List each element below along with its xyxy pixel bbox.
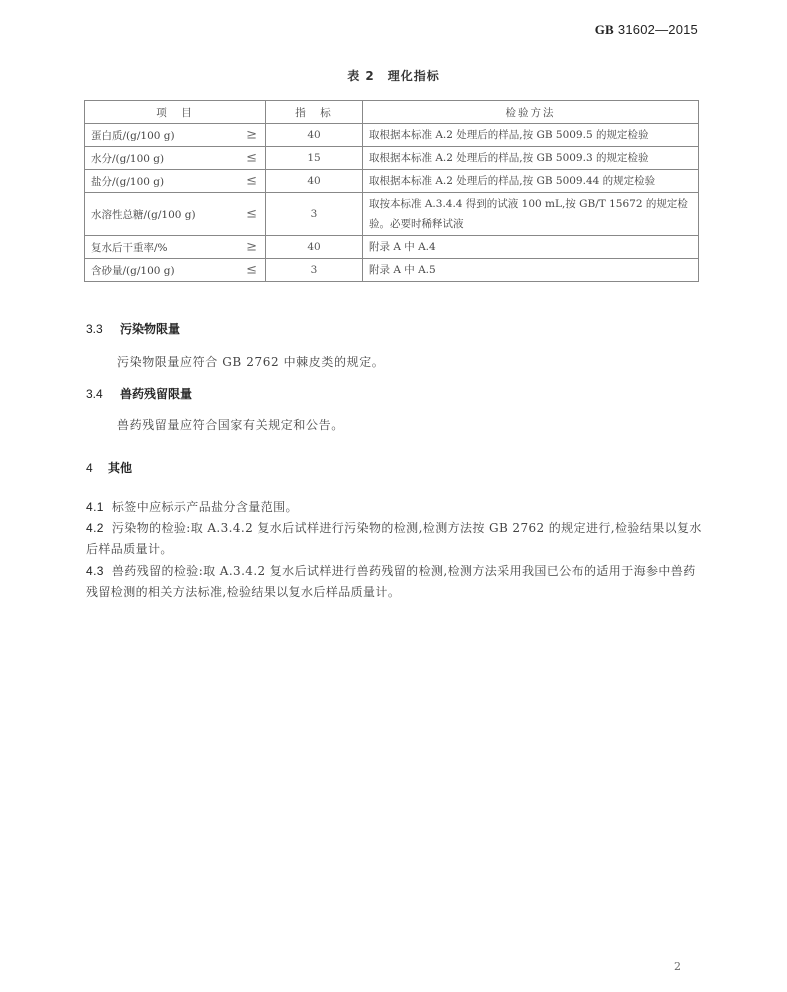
section-body-3-3: 污染物限量应符合 GB 2762 中棘皮类的规定。 — [117, 353, 384, 370]
method-cell: 取根据本标准 A.2 处理后的样品,按 GB 5009.44 的规定检验 — [363, 170, 699, 193]
clause-number: 4.2 — [86, 521, 104, 535]
item-label: 水溶性总糖/(g/100 g) — [91, 209, 196, 221]
item-cell: 水分/(g/100 g)≤ — [85, 147, 266, 170]
method-cell: 取按本标准 A.3.4.4 得到的试液 100 mL,按 GB/T 15672 … — [363, 193, 699, 236]
item-cell: 蛋白质/(g/100 g)≥ — [85, 124, 266, 147]
item-label: 水分/(g/100 g) — [91, 153, 164, 165]
comparison-symbol: ≥ — [246, 128, 257, 143]
table-row: 蛋白质/(g/100 g)≥ 40 取根据本标准 A.2 处理后的样品,按 GB… — [85, 124, 699, 147]
value-cell: 3 — [266, 259, 363, 282]
section-heading-3-3: 3.3污染物限量 — [86, 320, 180, 337]
table-title: 表 2 理化指标 — [0, 67, 787, 84]
table-row: 含砂量/(g/100 g)≤ 3 附录 A 中 A.5 — [85, 259, 699, 282]
clause-4-1: 4.1标签中应标示产品盐分含量范围。 — [86, 497, 702, 518]
section-heading-3-4: 3.4兽药残留限量 — [86, 385, 192, 402]
clause-number: 4.3 — [86, 564, 104, 578]
section-title: 兽药残留限量 — [120, 387, 192, 401]
item-label: 复水后干重率/% — [91, 242, 168, 254]
section-number: 4 — [86, 461, 108, 475]
value-cell: 3 — [266, 193, 363, 236]
method-cell: 附录 A 中 A.4 — [363, 236, 699, 259]
section-heading-4: 4其他 — [86, 459, 132, 476]
column-header-value: 指 标 — [266, 101, 363, 124]
method-cell: 附录 A 中 A.5 — [363, 259, 699, 282]
item-label: 蛋白质/(g/100 g) — [91, 130, 175, 142]
standard-code: GB31602—2015 — [595, 22, 698, 38]
section-title: 污染物限量 — [120, 322, 180, 336]
item-cell: 含砂量/(g/100 g)≤ — [85, 259, 266, 282]
table-header-row: 项 目 指 标 检验方法 — [85, 101, 699, 124]
method-cell: 取根据本标准 A.2 处理后的样品,按 GB 5009.3 的规定检验 — [363, 147, 699, 170]
section-title: 其他 — [108, 461, 132, 475]
value-cell: 40 — [266, 170, 363, 193]
section-number: 3.4 — [86, 387, 120, 401]
table-row: 复水后干重率/%≥ 40 附录 A 中 A.4 — [85, 236, 699, 259]
section-body-3-4: 兽药残留量应符合国家有关规定和公告。 — [117, 416, 344, 433]
section-number: 3.3 — [86, 322, 120, 336]
value-cell: 40 — [266, 124, 363, 147]
value-cell: 15 — [266, 147, 363, 170]
value-cell: 40 — [266, 236, 363, 259]
comparison-symbol: ≤ — [246, 207, 257, 222]
standard-prefix: GB — [595, 22, 614, 37]
table-row: 水溶性总糖/(g/100 g)≤ 3 取按本标准 A.3.4.4 得到的试液 1… — [85, 193, 699, 236]
page-number: 2 — [674, 960, 681, 973]
clause-number: 4.1 — [86, 500, 104, 514]
item-label: 含砂量/(g/100 g) — [91, 265, 175, 277]
item-cell: 水溶性总糖/(g/100 g)≤ — [85, 193, 266, 236]
comparison-symbol: ≤ — [246, 174, 257, 189]
method-cell: 取根据本标准 A.2 处理后的样品,按 GB 5009.5 的规定检验 — [363, 124, 699, 147]
table-row: 盐分/(g/100 g)≤ 40 取根据本标准 A.2 处理后的样品,按 GB … — [85, 170, 699, 193]
item-cell: 盐分/(g/100 g)≤ — [85, 170, 266, 193]
comparison-symbol: ≥ — [246, 240, 257, 255]
clause-4-2: 4.2污染物的检验:取 A.3.4.2 复水后试样进行污染物的检测,检测方法按 … — [86, 518, 702, 560]
clause-4-3: 4.3兽药残留的检验:取 A.3.4.2 复水后试样进行兽药残留的检测,检测方法… — [86, 561, 702, 603]
clause-text: 污染物的检验:取 A.3.4.2 复水后试样进行污染物的检测,检测方法按 GB … — [86, 521, 702, 556]
comparison-symbol: ≤ — [246, 151, 257, 166]
table-row: 水分/(g/100 g)≤ 15 取根据本标准 A.2 处理后的样品,按 GB … — [85, 147, 699, 170]
column-header-item: 项 目 — [85, 101, 266, 124]
item-cell: 复水后干重率/%≥ — [85, 236, 266, 259]
item-label: 盐分/(g/100 g) — [91, 176, 164, 188]
clause-text: 兽药残留的检验:取 A.3.4.2 复水后试样进行兽药残留的检测,检测方法采用我… — [86, 564, 696, 599]
comparison-symbol: ≤ — [246, 263, 257, 278]
standard-number: 31602—2015 — [618, 22, 698, 37]
physicochemical-table: 项 目 指 标 检验方法 蛋白质/(g/100 g)≥ 40 取根据本标准 A.… — [84, 100, 699, 282]
column-header-method: 检验方法 — [363, 101, 699, 124]
clause-text: 标签中应标示产品盐分含量范围。 — [112, 500, 298, 514]
